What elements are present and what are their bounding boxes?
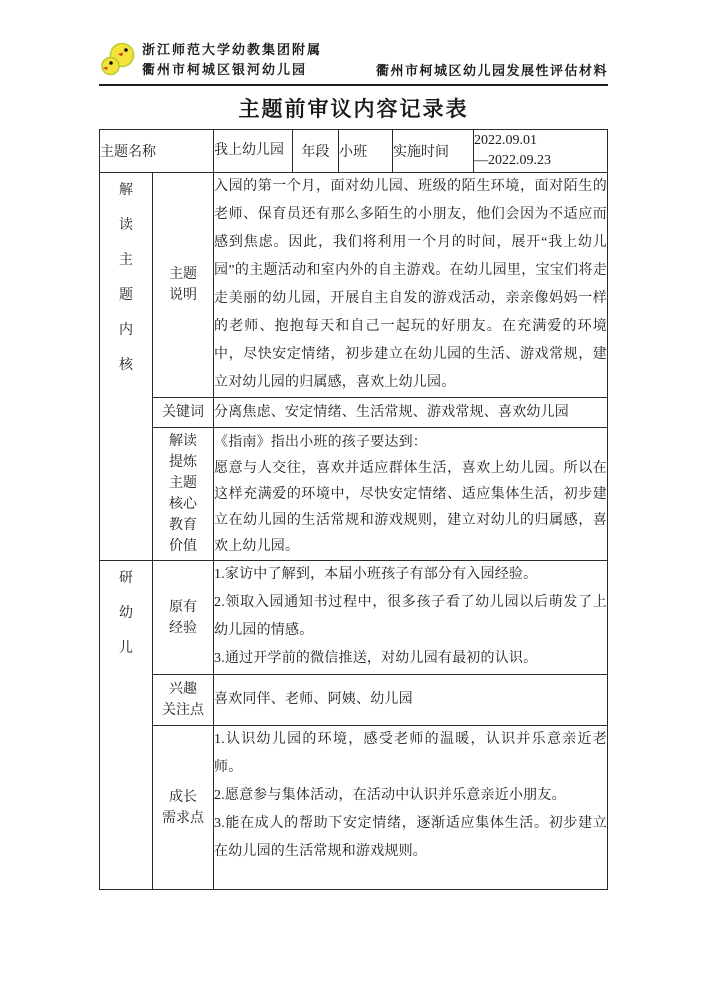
page-title: 主题前审议内容记录表 (99, 93, 608, 123)
org-name-line2: 衢州市柯城区银河幼儿园 (142, 60, 322, 80)
content-column: 浙江师范大学幼教集团附属 衢州市柯城区银河幼儿园 衢州市柯城区幼儿园发展性评估材… (99, 40, 608, 890)
implement-time-value: 2022.09.01 —2022.09.23 (474, 130, 608, 173)
row-label-prior-experience: 原有 经验 (153, 561, 214, 675)
section-label-interpret-theme-core: 解 读 主 题 内 核 (100, 173, 153, 561)
row-label-growth-needs: 成长 需求点 (153, 726, 214, 890)
document-header: 浙江师范大学幼教集团附属 衢州市柯城区银河幼儿园 衢州市柯城区幼儿园发展性评估材… (99, 40, 608, 86)
review-table: 主题名称 我上幼儿园 年段 小班 实施时间 2022.09.01 —2022.0… (99, 129, 608, 890)
table-row: 解读 提炼 主题 核心 教育 价值 《指南》指出小班的孩子要达到： 愿意与人交往… (100, 428, 608, 561)
section-label-study-children: 研 幼 儿 (100, 561, 153, 890)
document-page: 浙江师范大学幼教集团附属 衢州市柯城区银河幼儿园 衢州市柯城区幼儿园发展性评估材… (0, 0, 707, 999)
theme-description-content: 入园的第一个月，面对幼儿园、班级的陌生环境，面对陌生的老师、保育员还有那么多陌生… (214, 173, 608, 398)
core-education-value-content: 《指南》指出小班的孩子要达到： 愿意与人交往，喜欢并适应群体生活，喜欢上幼儿园。… (214, 428, 608, 561)
row-label-theme-description: 主题 说明 (153, 173, 214, 398)
table-row: 关键词 分离焦虑、安定情绪、生活常规、游戏常规、喜欢幼儿园 (100, 398, 608, 428)
header-right-text: 衢州市柯城区幼儿园发展性评估材料 (376, 60, 608, 80)
theme-name-label: 主题名称 (100, 130, 214, 173)
grade-label: 年段 (293, 130, 339, 173)
table-row: 研 幼 儿 原有 经验 1.家访中了解到，本届小班孩子有部分有入园经验。 2.领… (100, 561, 608, 675)
kindergarten-chick-logo-icon (99, 41, 137, 79)
meta-row: 主题名称 我上幼儿园 年段 小班 实施时间 2022.09.01 —2022.0… (100, 130, 608, 173)
theme-name-value: 我上幼儿园 (214, 130, 293, 173)
row-label-core-education-value: 解读 提炼 主题 核心 教育 价值 (153, 428, 214, 561)
org-name-block: 浙江师范大学幼教集团附属 衢州市柯城区银河幼儿园 (142, 40, 322, 80)
row-label-interest-points: 兴趣 关注点 (153, 675, 214, 726)
header-left: 浙江师范大学幼教集团附属 衢州市柯城区银河幼儿园 (99, 40, 322, 80)
org-name-line1: 浙江师范大学幼教集团附属 (142, 40, 322, 60)
implement-time-label: 实施时间 (393, 130, 474, 173)
prior-experience-content: 1.家访中了解到，本届小班孩子有部分有入园经验。 2.领取入园通知书过程中，很多… (214, 561, 608, 675)
table-row: 兴趣 关注点 喜欢同伴、老师、阿姨、幼儿园 (100, 675, 608, 726)
row-label-keywords: 关键词 (153, 398, 214, 428)
table-row: 成长 需求点 1.认识幼儿园的环境，感受老师的温暖，认识并乐意亲近老师。 2.愿… (100, 726, 608, 890)
keywords-content: 分离焦虑、安定情绪、生活常规、游戏常规、喜欢幼儿园 (214, 398, 608, 428)
interest-points-content: 喜欢同伴、老师、阿姨、幼儿园 (214, 675, 608, 726)
growth-needs-content: 1.认识幼儿园的环境，感受老师的温暖，认识并乐意亲近老师。 2.愿意参与集体活动… (214, 726, 608, 890)
grade-value: 小班 (339, 130, 393, 173)
table-row: 解 读 主 题 内 核 主题 说明 入园的第一个月，面对幼儿园、班级的陌生环境，… (100, 173, 608, 398)
